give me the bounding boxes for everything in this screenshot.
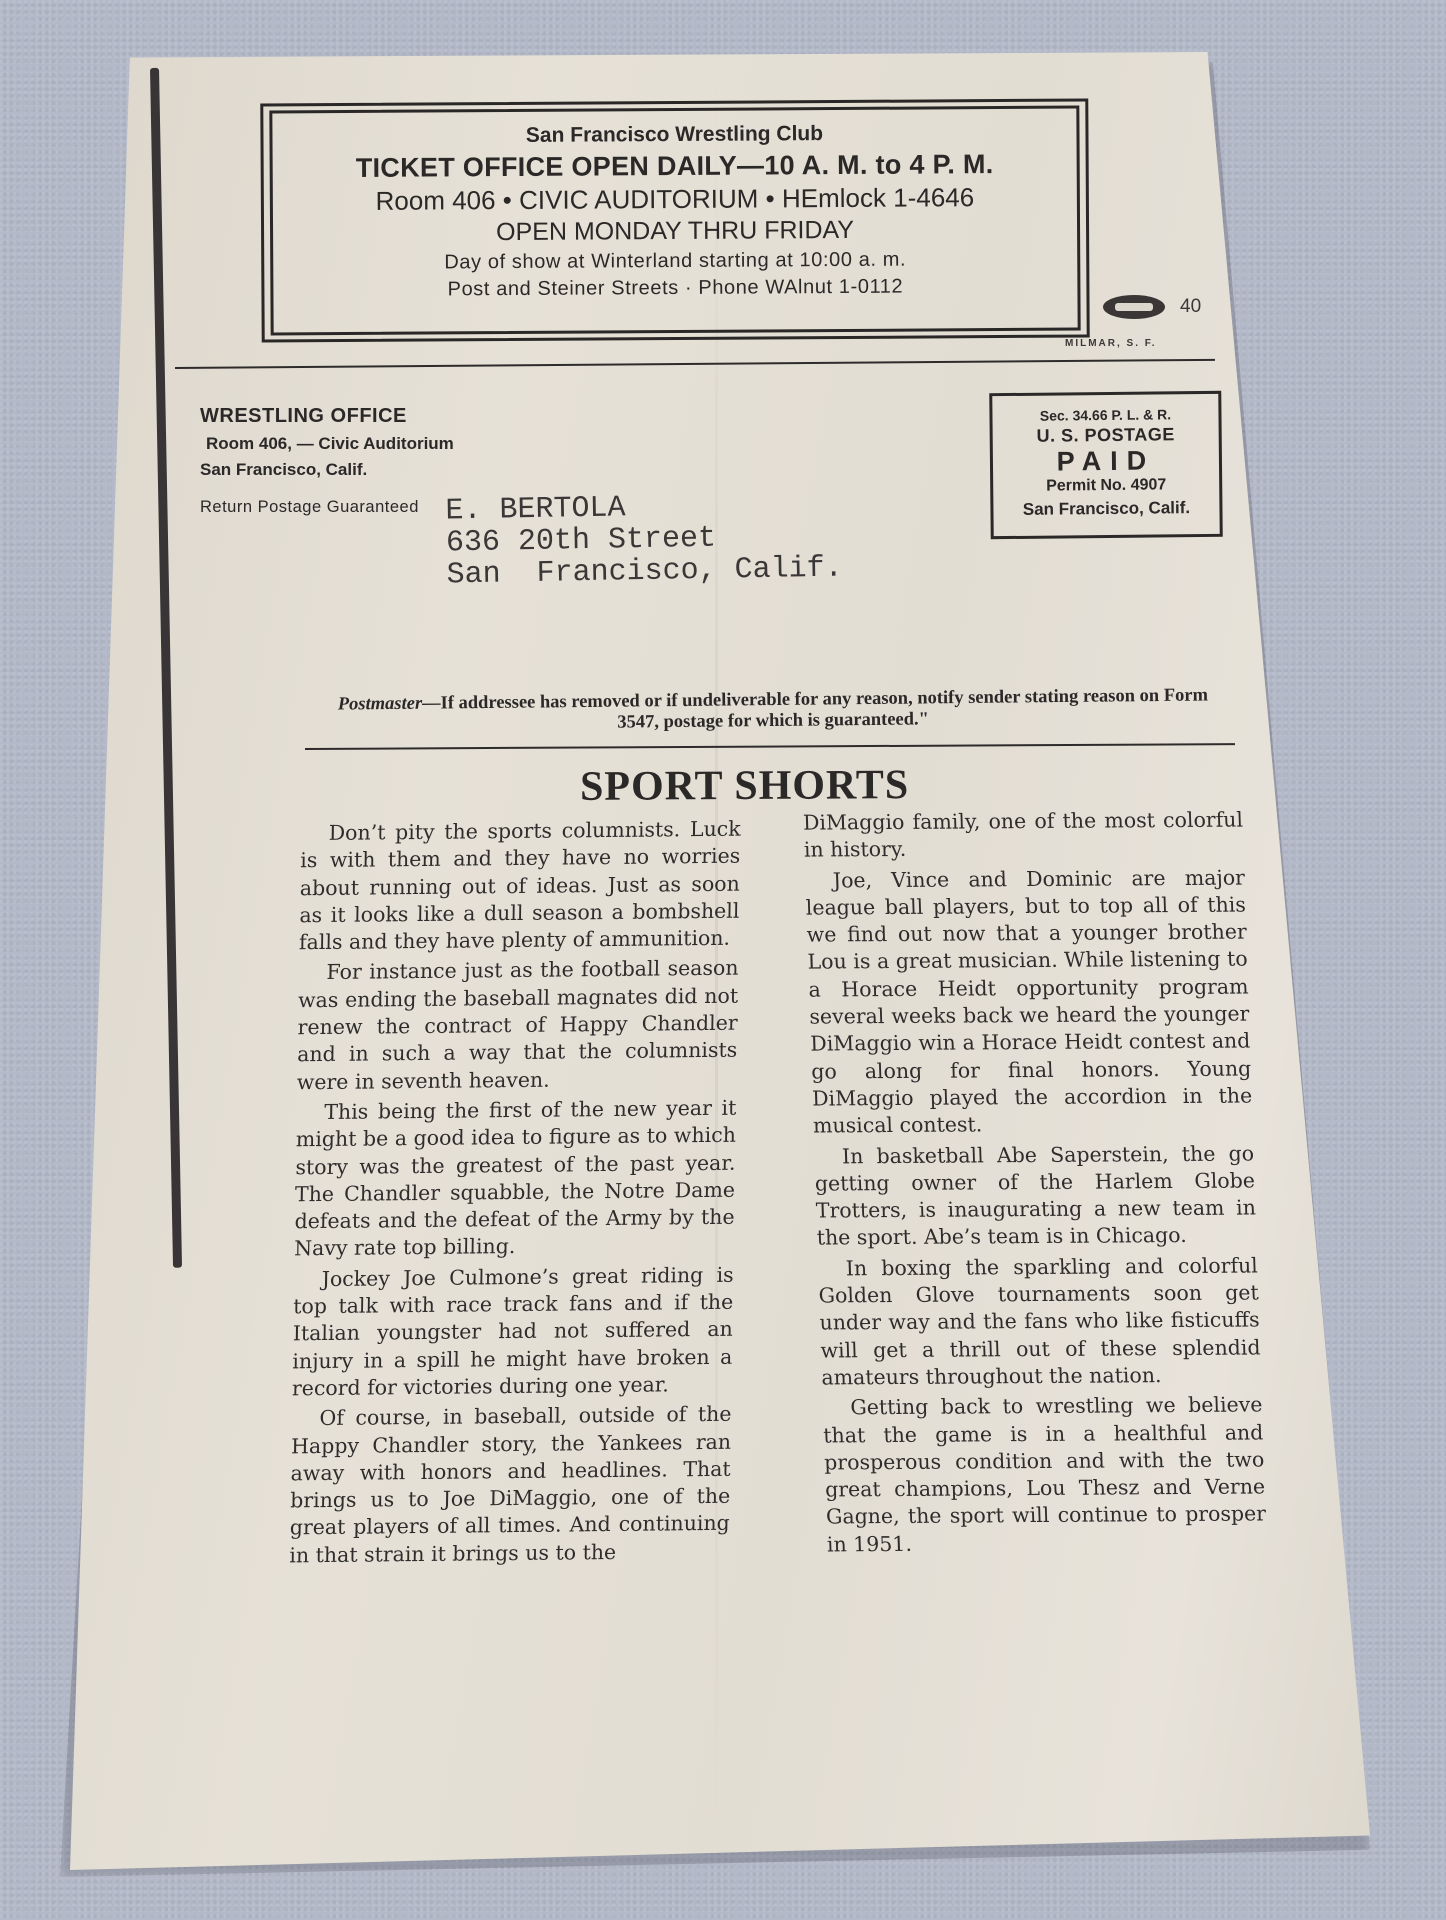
indicia-paid: PAID bbox=[993, 445, 1219, 478]
return-postage-notice: Return Postage Guaranteed bbox=[200, 498, 454, 517]
paragraph: In basketball Abe Saperstein, the go get… bbox=[814, 1140, 1258, 1252]
paragraph-continuation: DiMaggio family, one of the most colorfu… bbox=[803, 807, 1245, 865]
indicia-postage: U. S. POSTAGE bbox=[993, 424, 1219, 447]
club-name: San Francisco Wrestling Club bbox=[272, 121, 1076, 150]
paragraph: Of course, in baseball, outside of the H… bbox=[289, 1401, 732, 1569]
open-days: OPEN MONDAY THRU FRIDAY bbox=[273, 215, 1077, 249]
recipient-address: E. BERTOLA 636 20th Street San Francisco… bbox=[445, 489, 843, 592]
document-content: San Francisco Wrestling Club TICKET OFFI… bbox=[0, 0, 1446, 1920]
union-bug-icon bbox=[1103, 295, 1165, 319]
article-headline: SPORT SHORTS bbox=[580, 761, 909, 811]
paragraph: This being the first of the new year it … bbox=[294, 1095, 737, 1263]
paragraph: In boxing the sparkling and colorful Gol… bbox=[817, 1252, 1262, 1392]
postmaster-label: Postmaster bbox=[338, 694, 422, 715]
postmaster-text: —If addressee has removed or if undelive… bbox=[422, 685, 1208, 732]
article-left-column: Don’t pity the sports columnists. Luck i… bbox=[289, 816, 741, 1573]
paragraph: Don’t pity the sports columnists. Luck i… bbox=[299, 816, 741, 957]
return-address-line2: San Francisco, Calif. bbox=[200, 460, 454, 480]
postmaster-notice: Postmaster—If addressee has removed or i… bbox=[318, 685, 1228, 737]
day-of-show: Day of show at Winterland starting at 10… bbox=[273, 248, 1077, 276]
paragraph: Getting back to wrestling we believe tha… bbox=[822, 1392, 1267, 1559]
paragraph: Jockey Joe Culmone’s great riding is top… bbox=[292, 1261, 734, 1402]
return-address: WRESTLING OFFICE Room 406, — Civic Audit… bbox=[200, 405, 454, 517]
recipient-city: San Francisco, Calif. bbox=[446, 553, 843, 592]
return-office-title: WRESTLING OFFICE bbox=[200, 405, 454, 428]
ticket-room-line: Room 406 • CIVIC AUDITORIUM • HEmlock 1-… bbox=[273, 182, 1077, 218]
article-right-column: DiMaggio family, one of the most colorfu… bbox=[803, 807, 1268, 1562]
ticket-location: Post and Steiner Streets · Phone WAlnut … bbox=[273, 275, 1077, 303]
divider-top bbox=[175, 359, 1215, 369]
divider-middle bbox=[305, 743, 1235, 750]
indicia-section: Sec. 34.66 P. L. & R. bbox=[992, 406, 1218, 424]
ticket-office-box: San Francisco Wrestling Club TICKET OFFI… bbox=[269, 106, 1080, 336]
indicia-city: San Francisco, Calif. bbox=[993, 498, 1219, 520]
union-label-number: 40 bbox=[1180, 296, 1201, 318]
paragraph: For instance just as the football season… bbox=[297, 955, 739, 1096]
indicia-permit: Permit No. 4907 bbox=[993, 476, 1219, 496]
postage-indicia: Sec. 34.66 P. L. & R. U. S. POSTAGE PAID… bbox=[989, 391, 1223, 539]
printer-credit: MILMAR, S. F. bbox=[1065, 338, 1157, 349]
return-address-line1: Room 406, — Civic Auditorium bbox=[206, 434, 454, 454]
paragraph: Joe, Vince and Dominic are major league … bbox=[804, 864, 1253, 1140]
ticket-hours: TICKET OFFICE OPEN DAILY—10 A. M. to 4 P… bbox=[273, 149, 1077, 185]
